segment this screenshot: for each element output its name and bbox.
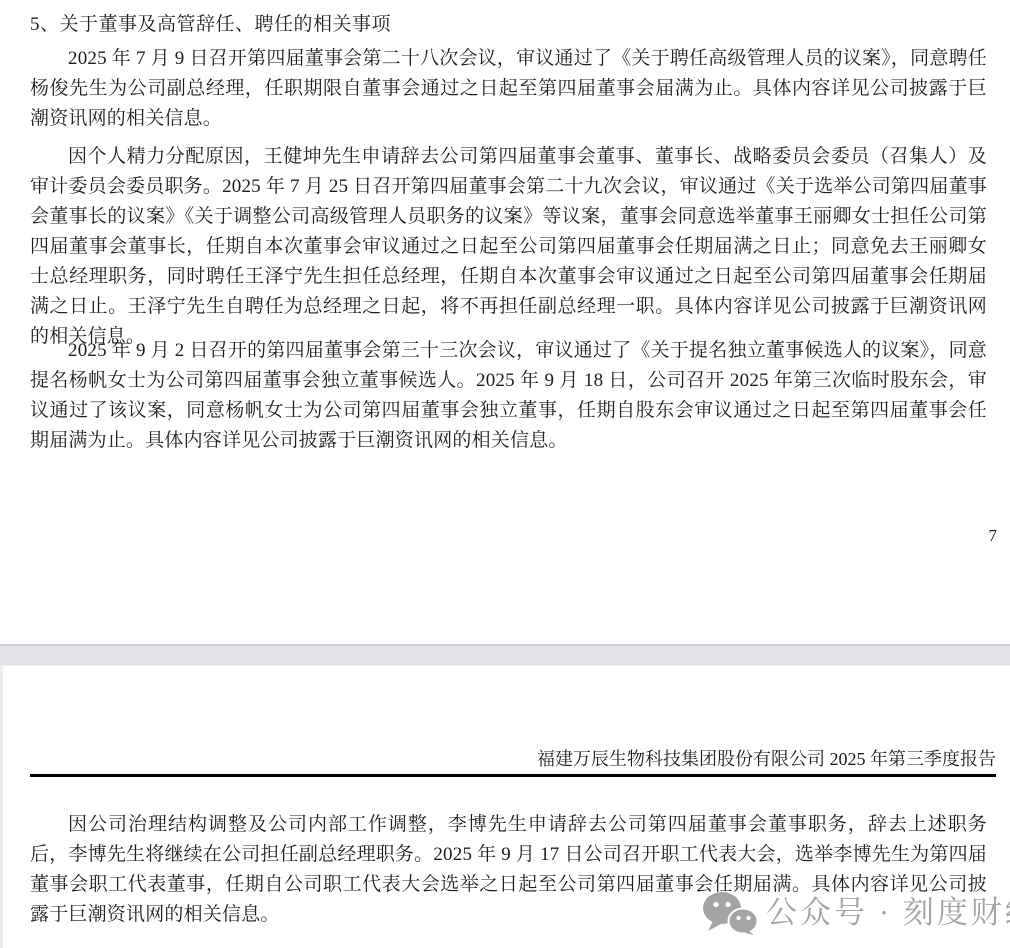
running-header: 福建万辰生物科技集团股份有限公司 2025 年第三季度报告 (537, 747, 996, 771)
page-left-edge (0, 666, 3, 948)
paragraph-resignation-wangjiankun: 因个人精力分配原因，王健坤先生申请辞去公司第四届董事会董事、董事长、战略委员会委… (30, 142, 987, 352)
header-rule-line (30, 774, 996, 777)
paragraph-nomination-yangfan: 2025 年 9 月 2 日召开的第四届董事会第三十三次会议，审议通过了《关于提… (30, 336, 987, 456)
page-separator-band (0, 644, 1010, 666)
page-number: 7 (989, 526, 998, 546)
paragraph-resignation-libo: 因公司治理结构调整及公司内部工作调整，李博先生申请辞去公司第四届董事会董事职务，… (30, 810, 987, 930)
paragraph-appointment-yangjun: 2025 年 7 月 9 日召开第四届董事会第二十八次会议，审议通过了《关于聘任… (30, 44, 987, 134)
section-heading: 5、关于董事及高管辞任、聘任的相关事项 (30, 12, 391, 38)
document-viewer: 5、关于董事及高管辞任、聘任的相关事项 2025 年 7 月 9 日召开第四届董… (0, 0, 1010, 948)
